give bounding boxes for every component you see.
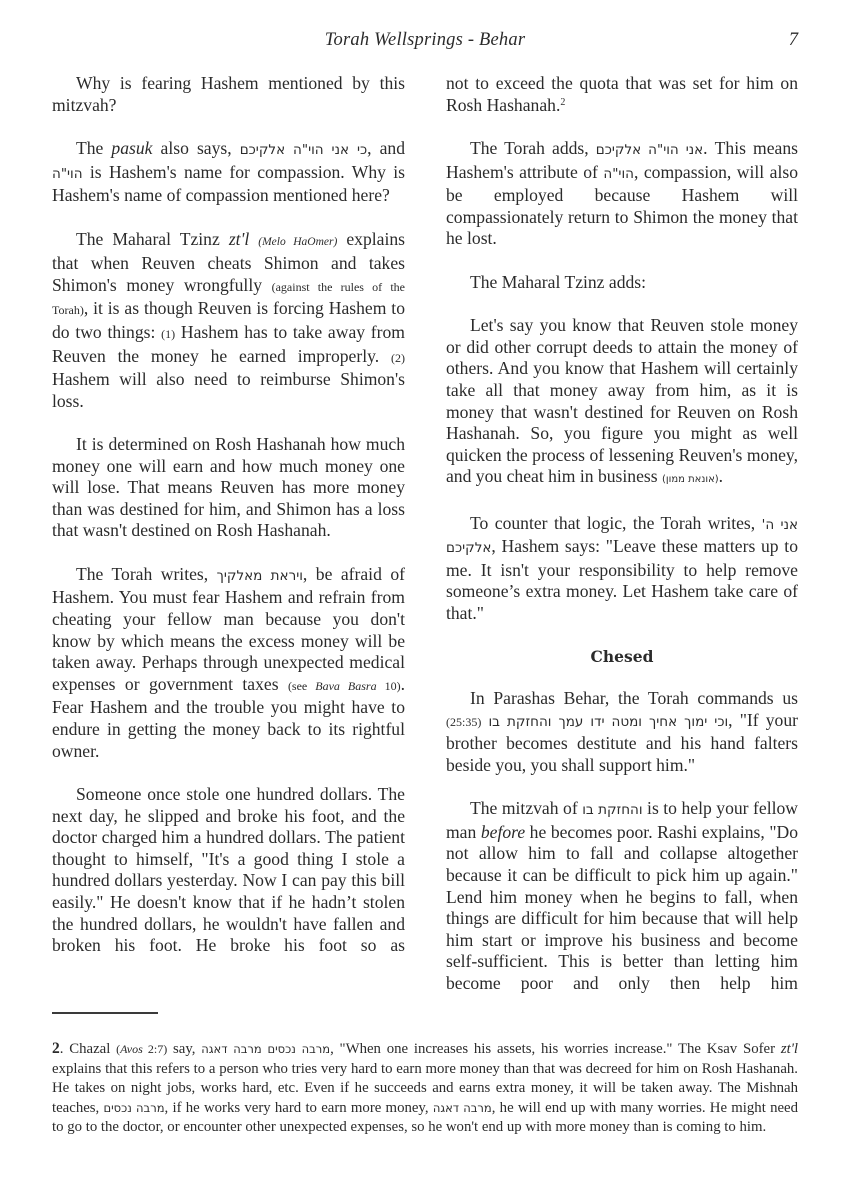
italic-emphasis: before bbox=[481, 822, 525, 842]
text-run: The Maharal Tzinz bbox=[76, 229, 229, 249]
footnote: 2. Chazal (Avos 2:7) say, מרבה נכסים מרב… bbox=[52, 1039, 798, 1138]
text-run: Let's say you know that Reuven stole mon… bbox=[446, 315, 798, 486]
paragraph-text: The Maharal Tzinz adds: bbox=[470, 272, 646, 292]
paragraph: The mitzvah of והחזקת בו is to help your… bbox=[446, 798, 798, 994]
hebrew-quote: וכי ימוך אחיך ומטה ידו עמך והחזקת בו bbox=[488, 714, 728, 730]
hebrew-quote: מרבה נכסים מרבה דאגה bbox=[201, 1042, 330, 1056]
citation-source: Avos bbox=[120, 1042, 143, 1056]
citation-close: 10) bbox=[377, 679, 401, 693]
text-run: The Torah writes, bbox=[76, 564, 217, 584]
text-run: The bbox=[76, 138, 111, 158]
running-title: Torah Wellsprings - Behar bbox=[52, 30, 798, 51]
paragraph-text: It is determined on Rosh Hashanah how mu… bbox=[52, 434, 405, 540]
paragraph: The Torah writes, ויראת מאלקיך, be afrai… bbox=[52, 564, 405, 762]
paragraph: Let's say you know that Reuven stole mon… bbox=[446, 315, 798, 491]
italic-term: pasuk bbox=[111, 138, 152, 158]
verse-reference: (25:35) bbox=[446, 715, 481, 729]
text-run: . bbox=[719, 466, 723, 486]
text-run: he becomes poor. Rashi explains, "Do not… bbox=[446, 822, 798, 993]
page-header: Torah Wellsprings - Behar 7 bbox=[52, 30, 798, 56]
paragraph: Why is fearing Hashem mentioned by this … bbox=[52, 73, 405, 116]
footnotes: 2. Chazal (Avos 2:7) say, מרבה נכסים מרב… bbox=[52, 1039, 798, 1138]
text-run: In Parashas Behar, the Torah commands us bbox=[470, 688, 798, 708]
hebrew-term: הוי"ה bbox=[603, 166, 634, 182]
list-number: (2) bbox=[391, 351, 405, 365]
text-run: , "When one increases his assets, his wo… bbox=[330, 1041, 781, 1057]
honorific: zt'l bbox=[229, 229, 249, 249]
footnote-reference[interactable]: 2 bbox=[560, 97, 565, 108]
paragraph: It is determined on Rosh Hashanah how mu… bbox=[52, 434, 405, 542]
text-run bbox=[249, 229, 258, 249]
paragraph: The Maharal Tzinz zt'l (Melo HaOmer) exp… bbox=[52, 229, 405, 413]
citation-source: Bava Basra bbox=[315, 679, 376, 693]
hebrew-term: והחזקת בו bbox=[582, 802, 642, 818]
text-run: To counter that logic, the Torah writes, bbox=[470, 513, 762, 533]
footnote-number: 2 bbox=[52, 1040, 60, 1057]
hebrew-term: (אונאת ממון) bbox=[662, 474, 719, 485]
section-heading: Chesed bbox=[446, 646, 798, 668]
hebrew-term: מרבה דאגה bbox=[433, 1101, 492, 1115]
hebrew-quote: כי אני הוי"ה אלקיכם bbox=[240, 142, 367, 158]
right-column: not to exceed the quota that was set for… bbox=[446, 73, 798, 995]
hebrew-quote: ויראת מאלקיך bbox=[217, 568, 303, 584]
paragraph: To counter that logic, the Torah writes,… bbox=[446, 513, 798, 625]
citation-open: (see bbox=[288, 679, 315, 693]
citation-ref: 2:7) bbox=[143, 1042, 167, 1056]
text-run: The mitzvah of bbox=[470, 798, 582, 818]
hebrew-term: מרבה נכסים bbox=[103, 1101, 164, 1115]
paragraph: The Maharal Tzinz adds: bbox=[446, 272, 798, 294]
text-run: , and bbox=[367, 138, 405, 158]
source-citation: (Melo HaOmer) bbox=[258, 236, 337, 248]
text-run: , if he works very hard to earn more mon… bbox=[165, 1100, 433, 1116]
paragraph-text: not to exceed the quota that was set for… bbox=[446, 73, 798, 115]
paragraph-continued: not to exceed the quota that was set for… bbox=[446, 73, 798, 116]
text-run: is Hashem's name for compassion. Why is … bbox=[52, 162, 405, 206]
hebrew-quote: אני הוי"ה אלקיכם bbox=[596, 142, 703, 158]
paragraph-text: Why is fearing Hashem mentioned by this … bbox=[52, 73, 405, 115]
text-run: , Hashem says: "Leave these matters up t… bbox=[446, 536, 798, 623]
paragraph: The Torah adds, אני הוי"ה אלקיכם. This m… bbox=[446, 138, 798, 250]
paragraph: Someone once stole one hundred dollars. … bbox=[52, 784, 405, 957]
paragraph-text: Someone once stole one hundred dollars. … bbox=[52, 784, 405, 955]
paragraph: The pasuk also says, כי אני הוי"ה אלקיכם… bbox=[52, 138, 405, 207]
text-run: The Torah adds, bbox=[470, 138, 596, 158]
honorific: zt'l bbox=[781, 1041, 798, 1057]
left-column: Why is fearing Hashem mentioned by this … bbox=[52, 73, 405, 957]
paragraph: In Parashas Behar, the Torah commands us… bbox=[446, 688, 798, 776]
text-run: . Chazal bbox=[60, 1041, 116, 1057]
text-run: Hashem will also need to reimburse Shimo… bbox=[52, 369, 405, 411]
hebrew-term: הוי"ה bbox=[52, 166, 83, 182]
footnote-separator bbox=[52, 1012, 158, 1014]
text-run: say, bbox=[167, 1041, 201, 1057]
text-run: also says, bbox=[152, 138, 239, 158]
list-number: (1) bbox=[161, 327, 175, 341]
page-number: 7 bbox=[789, 30, 798, 51]
